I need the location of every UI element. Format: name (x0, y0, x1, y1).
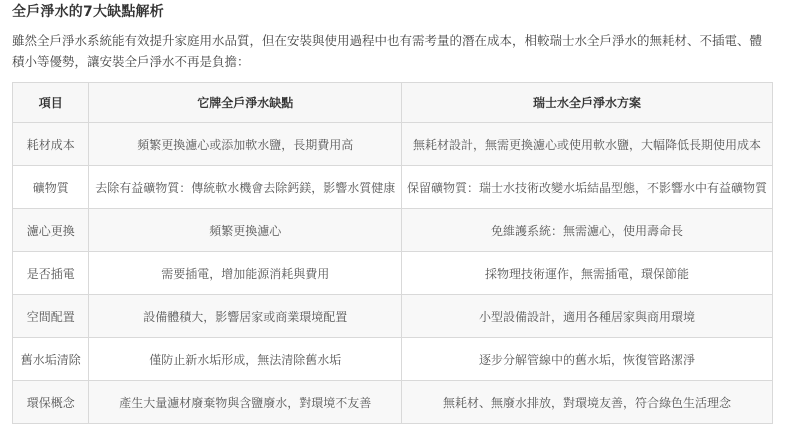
cell-swiss: 逐步分解管線中的舊水垢，恢復管路潔淨 (402, 338, 773, 381)
cell-swiss: 免維護系統：無需濾心，使用壽命長 (402, 209, 773, 252)
intro-paragraph: 雖然全戶淨水系統能有效提升家庭用水品質，但在安裝與使用過程中也有需考量的潛在成本… (12, 30, 772, 72)
cell-others: 去除有益礦物質：傳統軟水機會去除鈣鎂，影響水質健康 (89, 166, 402, 209)
table-row: 是否插電 需要插電，增加能源消耗與費用 採物理技術運作，無需插電，環保節能 (13, 252, 773, 295)
cell-swiss: 保留礦物質：瑞士水技術改變水垢結晶型態，不影響水中有益礦物質 (402, 166, 773, 209)
section-heading: 全戶淨水的7大缺點解析 (12, 2, 164, 22)
cell-others: 僅防止新水垢形成，無法清除舊水垢 (89, 338, 402, 381)
cell-item: 空間配置 (13, 295, 89, 338)
cell-item: 礦物質 (13, 166, 89, 209)
table-header-row: 項目 它牌全戶淨水缺點 瑞士水全戶淨水方案 (13, 83, 773, 123)
table-row: 耗材成本 頻繁更換濾心或添加軟水鹽，長期費用高 無耗材設計，無需更換濾心或使用軟… (13, 123, 773, 166)
table-row: 礦物質 去除有益礦物質：傳統軟水機會去除鈣鎂，影響水質健康 保留礦物質：瑞士水技… (13, 166, 773, 209)
table-row: 舊水垢清除 僅防止新水垢形成，無法清除舊水垢 逐步分解管線中的舊水垢，恢復管路潔… (13, 338, 773, 381)
header-item: 項目 (13, 83, 89, 123)
cell-others: 設備體積大，影響居家或商業環境配置 (89, 295, 402, 338)
table-row: 環保概念 產生大量濾材廢棄物與含鹽廢水，對環境不友善 無耗材、無廢水排放，對環境… (13, 381, 773, 424)
cell-item: 舊水垢清除 (13, 338, 89, 381)
cell-others: 頻繁更換濾心或添加軟水鹽，長期費用高 (89, 123, 402, 166)
cell-swiss: 無耗材、無廢水排放，對環境友善，符合綠色生活理念 (402, 381, 773, 424)
cell-others: 頻繁更換濾心 (89, 209, 402, 252)
comparison-table: 項目 它牌全戶淨水缺點 瑞士水全戶淨水方案 耗材成本 頻繁更換濾心或添加軟水鹽，… (12, 82, 773, 424)
table-row: 濾心更換 頻繁更換濾心 免維護系統：無需濾心，使用壽命長 (13, 209, 773, 252)
cell-swiss: 無耗材設計，無需更換濾心或使用軟水鹽，大幅降低長期使用成本 (402, 123, 773, 166)
cell-item: 是否插電 (13, 252, 89, 295)
cell-item: 耗材成本 (13, 123, 89, 166)
cell-swiss: 小型設備設計，適用各種居家與商用環境 (402, 295, 773, 338)
cell-swiss: 採物理技術運作，無需插電，環保節能 (402, 252, 773, 295)
cell-item: 環保概念 (13, 381, 89, 424)
cell-item: 濾心更換 (13, 209, 89, 252)
header-swiss-solution: 瑞士水全戶淨水方案 (402, 83, 773, 123)
cell-others: 產生大量濾材廢棄物與含鹽廢水，對環境不友善 (89, 381, 402, 424)
header-others-drawbacks: 它牌全戶淨水缺點 (89, 83, 402, 123)
table-row: 空間配置 設備體積大，影響居家或商業環境配置 小型設備設計，適用各種居家與商用環… (13, 295, 773, 338)
cell-others: 需要插電，增加能源消耗與費用 (89, 252, 402, 295)
